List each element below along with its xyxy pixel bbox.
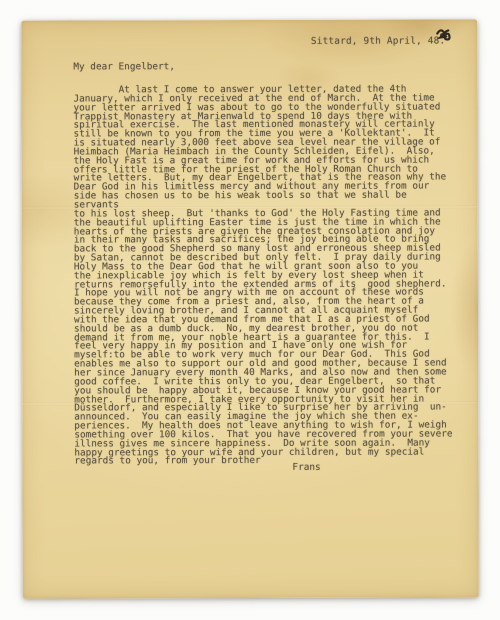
- letter-salutation: My dear Engelbert,: [73, 61, 175, 72]
- letter-body: At last I come to answer your letter, da…: [73, 85, 456, 466]
- letter-signature: Frans: [292, 462, 320, 473]
- letter-dateline: Sittard, 9th April, 48.: [311, 35, 445, 46]
- scan-background: { "letter": { "dateline": "Sittard, 9th …: [0, 0, 500, 620]
- letter-paper: Sittard, 9th April, 48. My dear Engelber…: [21, 19, 479, 598]
- handwritten-mark: [435, 27, 451, 45]
